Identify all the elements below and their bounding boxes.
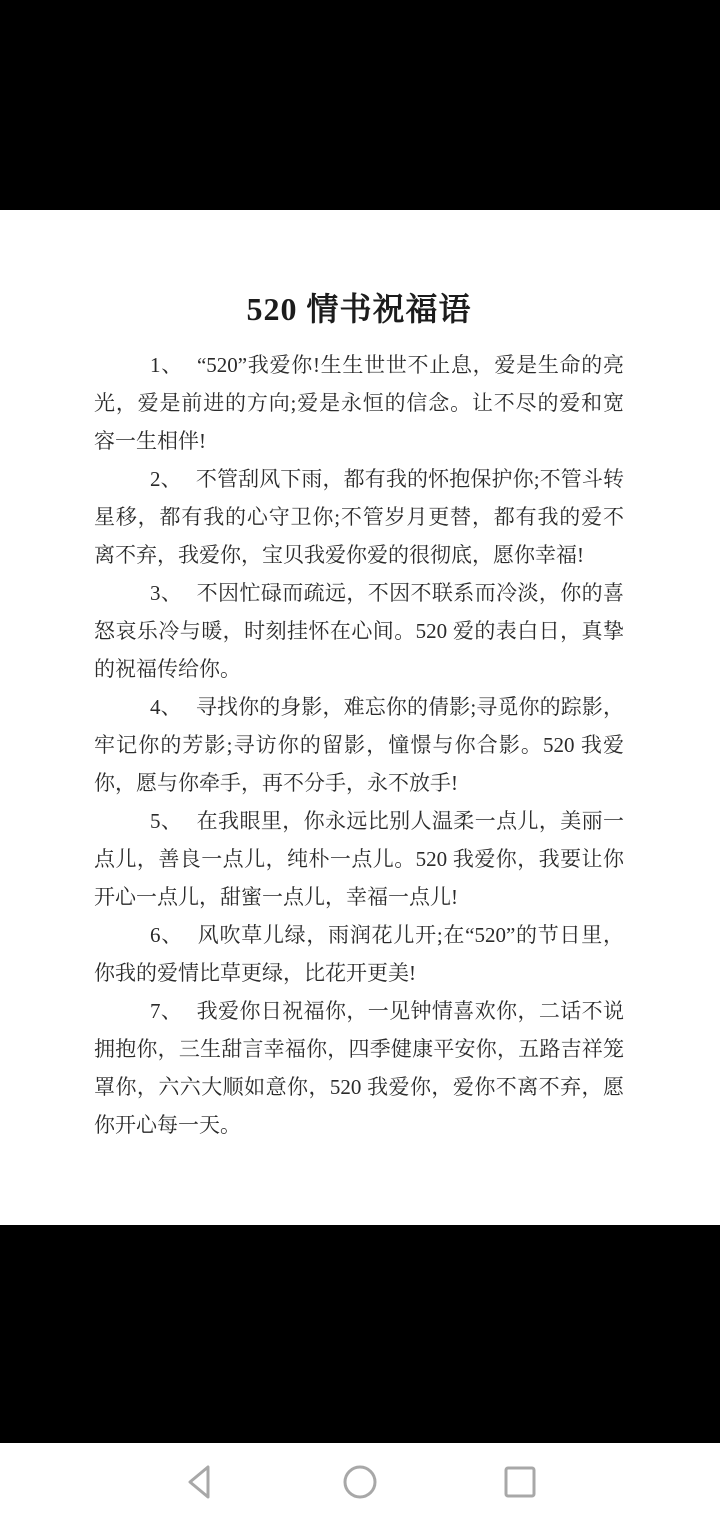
paragraph-7-number: 7、 <box>150 999 182 1023</box>
recents-button[interactable] <box>500 1462 540 1502</box>
paragraph-5-number: 5、 <box>150 809 182 833</box>
home-circle-icon <box>341 1463 379 1501</box>
paragraph-5: 5、在我眼里，你永远比别人温柔一点儿，美丽一点儿，善良一点儿，纯朴一点儿。520… <box>94 802 624 916</box>
paragraph-6-number: 6、 <box>150 923 183 947</box>
top-letterbox <box>0 0 720 210</box>
android-navigation-bar <box>0 1443 720 1520</box>
paragraph-3: 3、不因忙碌而疏远，不因不联系而冷淡，你的喜怒哀乐冷与暖，时刻挂怀在心间。520… <box>94 574 624 688</box>
document-title: 520 情书祝福语 <box>94 286 624 332</box>
recents-square-icon <box>501 1463 539 1501</box>
paragraph-6: 6、风吹草儿绿，雨润花儿开;在“520”的节日里，你我的爱情比草更绿，比花开更美… <box>94 916 624 992</box>
paragraph-2: 2、不管刮风下雨，都有我的怀抱保护你;不管斗转星移，都有我的心守卫你;不管岁月更… <box>94 460 624 574</box>
paragraph-4: 4、寻找你的身影，难忘你的倩影;寻觅你的踪影，牢记你的芳影;寻访你的留影，憧憬与… <box>94 688 624 802</box>
back-button[interactable] <box>180 1462 220 1502</box>
paragraph-3-number: 3、 <box>150 581 182 605</box>
back-triangle-icon <box>183 1463 217 1501</box>
phone-screen: 520 情书祝福语 1、“520”我爱你!生生世世不止息，爱是生命的亮光，爱是前… <box>0 0 720 1520</box>
document-page[interactable]: 520 情书祝福语 1、“520”我爱你!生生世世不止息，爱是生命的亮光，爱是前… <box>0 210 720 1225</box>
paragraph-1: 1、“520”我爱你!生生世世不止息，爱是生命的亮光，爱是前进的方向;爱是永恒的… <box>94 346 624 460</box>
bottom-letterbox <box>0 1225 720 1443</box>
paragraph-4-number: 4、 <box>150 695 182 719</box>
paragraph-1-number: 1、 <box>150 353 183 377</box>
paragraph-2-number: 2、 <box>150 467 182 491</box>
paragraph-7: 7、我爱你日祝福你，一见钟情喜欢你，二话不说拥抱你，三生甜言幸福你，四季健康平安… <box>94 992 624 1144</box>
home-button[interactable] <box>340 1462 380 1502</box>
